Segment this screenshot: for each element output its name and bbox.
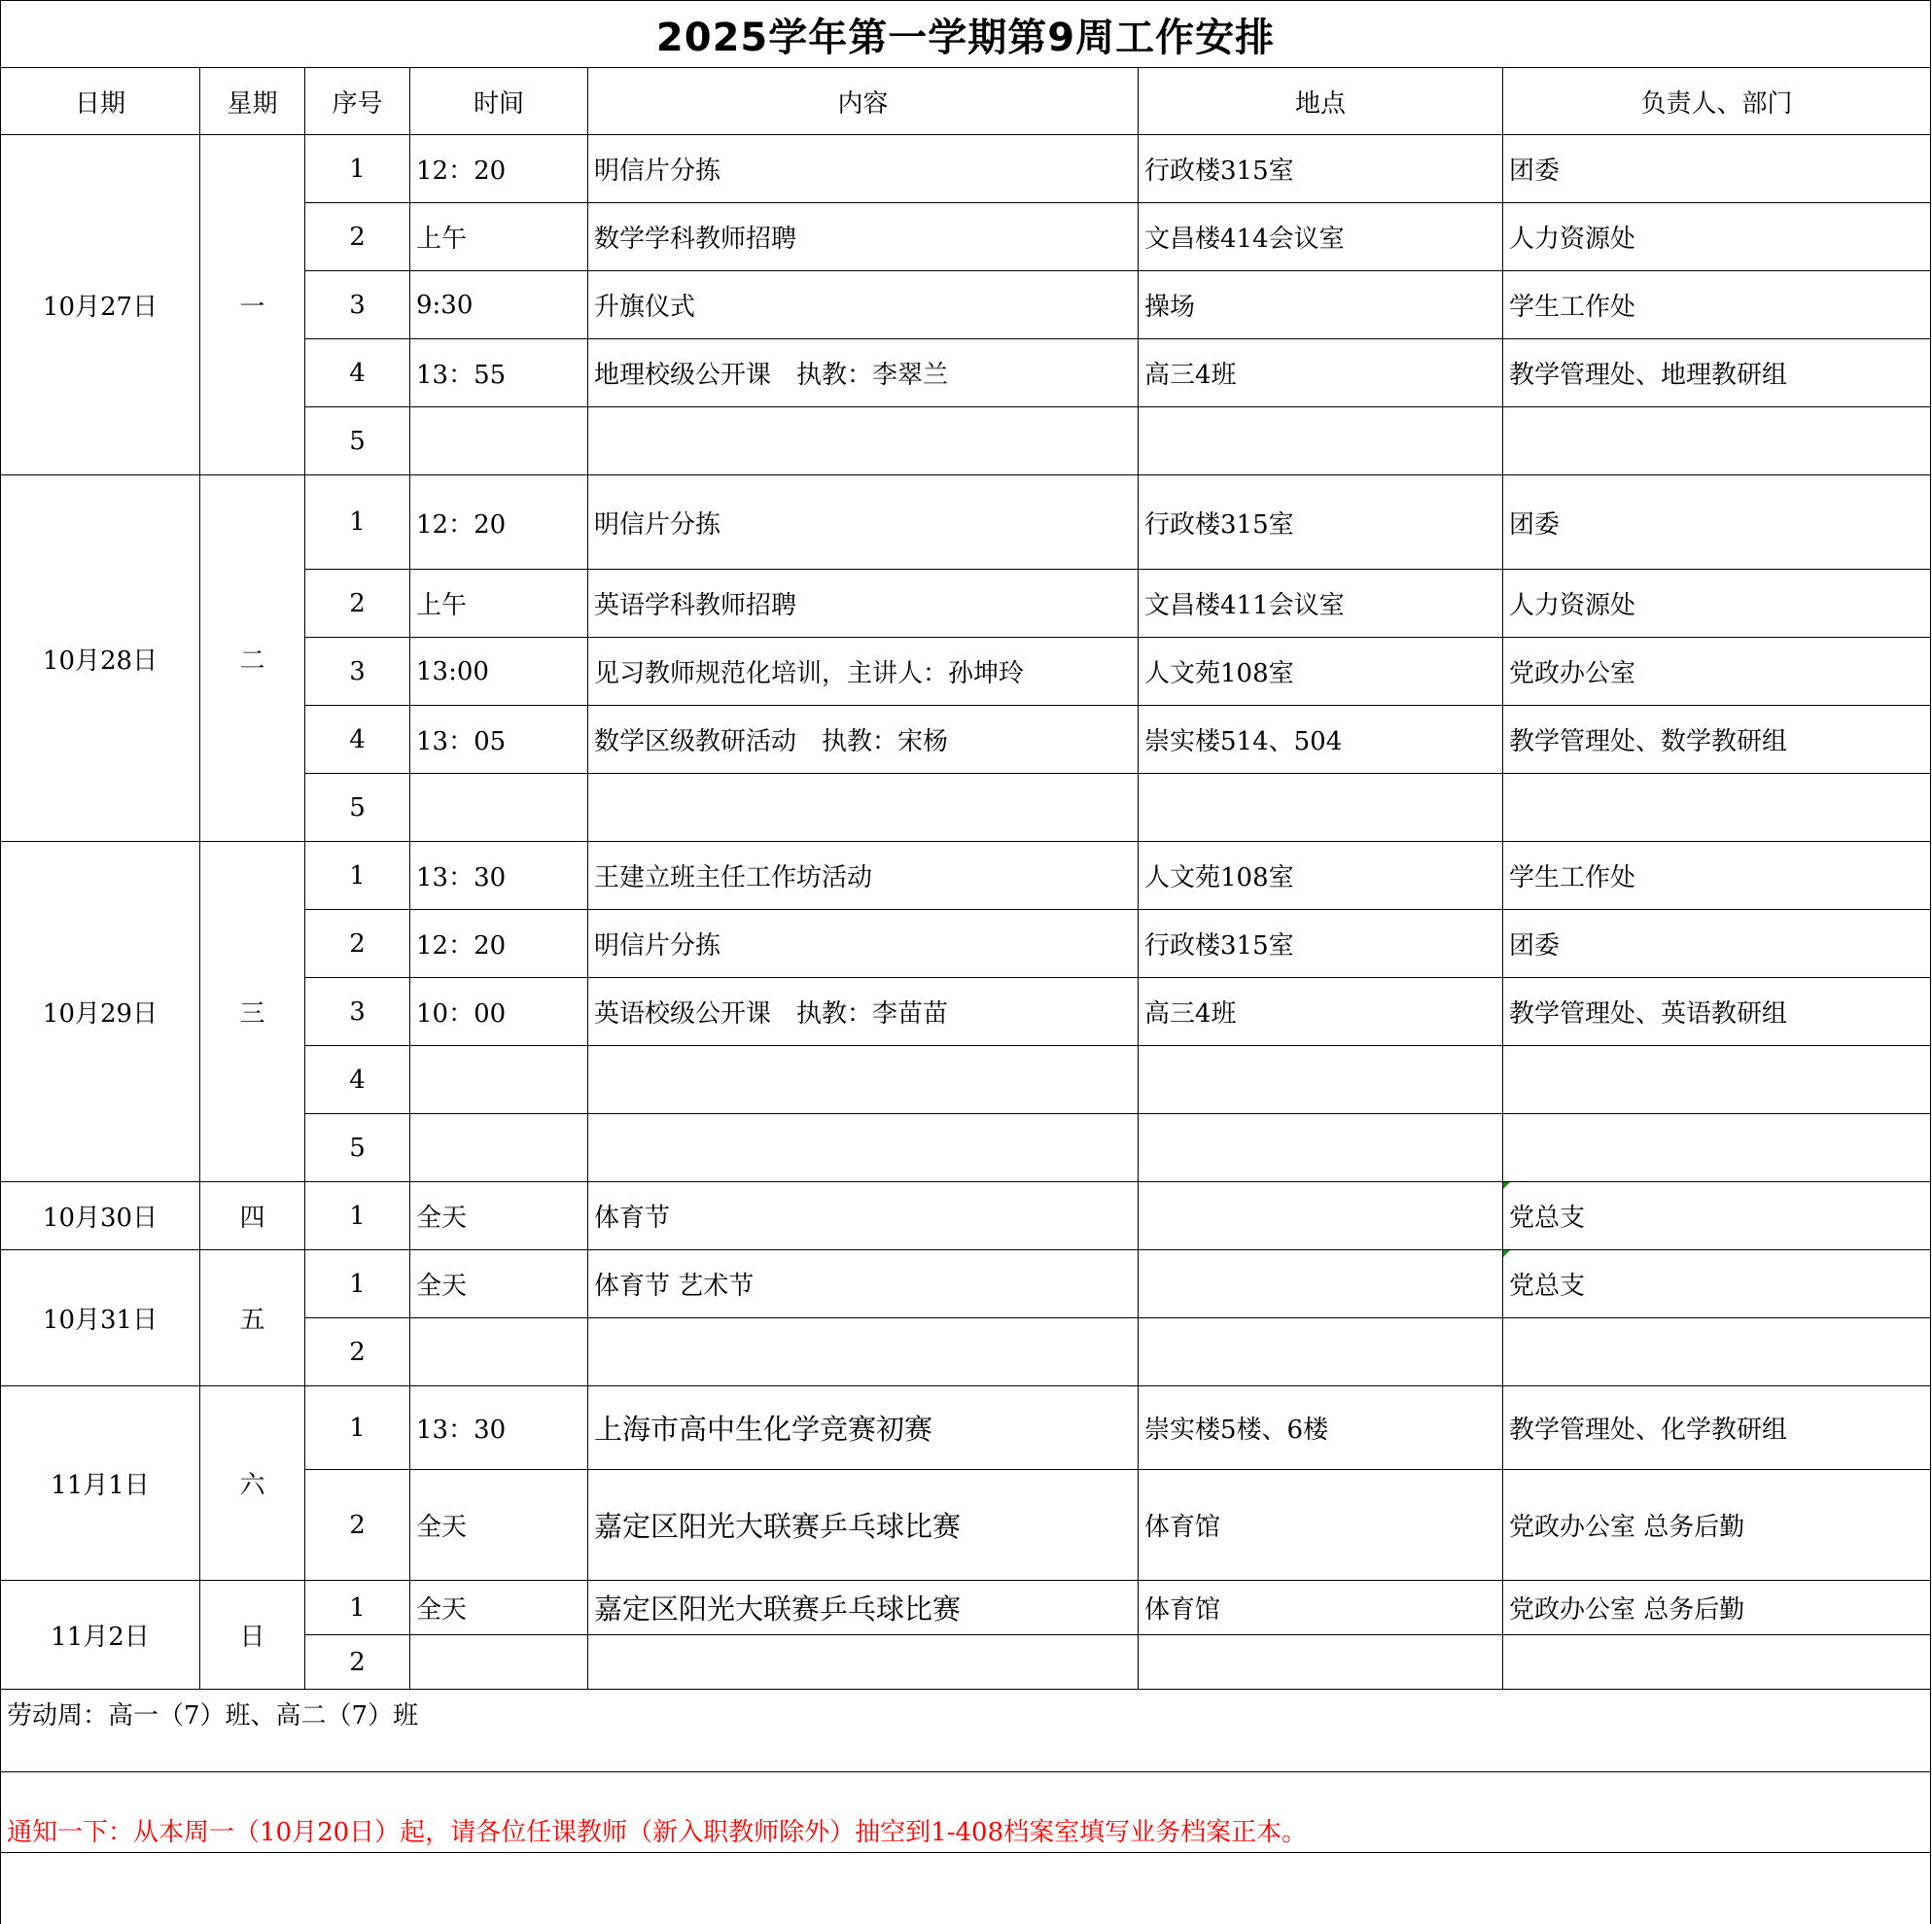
time-cell[interactable] <box>410 1318 588 1386</box>
seq-cell[interactable]: 3 <box>305 638 410 706</box>
location-cell[interactable] <box>1139 1318 1503 1386</box>
date-cell[interactable]: 11月1日 <box>1 1386 200 1581</box>
content-cell[interactable]: 升旗仪式 <box>588 271 1139 339</box>
location-cell[interactable] <box>1139 1046 1503 1114</box>
location-cell[interactable]: 文昌楼411会议室 <box>1139 570 1503 638</box>
location-cell[interactable]: 崇实楼5楼、6楼 <box>1139 1386 1503 1470</box>
owner-cell[interactable]: 党总支 <box>1503 1182 1931 1250</box>
header-date[interactable]: 日期 <box>1 68 200 135</box>
notice-text[interactable]: 通知一下：从本周一（10月20日）起，请各位任课教师（新入职教师除外）抽空到1-… <box>1 1772 1931 1853</box>
owner-cell[interactable]: 党政办公室 总务后勤 <box>1503 1581 1931 1635</box>
seq-cell[interactable]: 1 <box>305 475 410 570</box>
header-time[interactable]: 时间 <box>410 68 588 135</box>
location-cell[interactable] <box>1139 1635 1503 1690</box>
note-row: 劳动周：高一（7）班、高二（7）班 <box>1 1690 1931 1772</box>
seq-cell[interactable]: 5 <box>305 407 410 475</box>
seq-cell[interactable]: 4 <box>305 706 410 774</box>
owner-text: 党总支 <box>1509 1272 1585 1301</box>
spreadsheet: 2025学年第一学期第9周工作安排 日期 星期 序号 时间 内容 地点 负责人、… <box>0 0 1930 1924</box>
seq-cell[interactable]: 2 <box>305 203 410 271</box>
location-cell[interactable]: 行政楼315室 <box>1139 910 1503 978</box>
owner-cell[interactable] <box>1503 774 1931 842</box>
seq-cell[interactable]: 4 <box>305 1046 410 1114</box>
time-cell[interactable]: 上午 <box>410 570 588 638</box>
seq-cell[interactable]: 1 <box>305 1386 410 1470</box>
time-cell[interactable]: 全天 <box>410 1470 588 1581</box>
table-row: 11月2日 日 1 全天 嘉定区阳光大联赛乒乓球比赛 体育馆 党政办公室 总务后… <box>1 1581 1931 1635</box>
seq-cell[interactable]: 1 <box>305 1250 410 1318</box>
owner-cell[interactable] <box>1503 1318 1931 1386</box>
content-cell[interactable] <box>588 1635 1139 1690</box>
schedule-table: 2025学年第一学期第9周工作安排 日期 星期 序号 时间 内容 地点 负责人、… <box>0 0 1931 1924</box>
table-row: 11月1日 六 1 13：30 上海市高中生化学竞赛初赛 崇实楼5楼、6楼 教学… <box>1 1386 1931 1470</box>
header-location[interactable]: 地点 <box>1139 68 1503 135</box>
note-row: 通知一下：从本周一（10月20日）起，请各位任课教师（新入职教师除外）抽空到1-… <box>1 1772 1931 1853</box>
date-cell[interactable]: 10月28日 <box>1 475 200 842</box>
table-row: 10月28日 二 1 12：20 明信片分拣 行政楼315室 团委 <box>1 475 1931 570</box>
owner-cell[interactable]: 团委 <box>1503 135 1931 203</box>
location-cell[interactable]: 体育馆 <box>1139 1581 1503 1635</box>
owner-cell[interactable]: 学生工作处 <box>1503 271 1931 339</box>
note-row <box>1 1853 1931 1924</box>
content-cell[interactable] <box>588 407 1139 475</box>
weekday-cell[interactable]: 一 <box>200 135 305 475</box>
content-cell[interactable] <box>588 1046 1139 1114</box>
seq-cell[interactable]: 2 <box>305 1635 410 1690</box>
seq-cell[interactable]: 5 <box>305 1114 410 1182</box>
content-cell[interactable]: 英语校级公开课 执教：李苗苗 <box>588 978 1139 1046</box>
location-cell[interactable]: 体育馆 <box>1139 1470 1503 1581</box>
content-cell[interactable]: 数学学科教师招聘 <box>588 203 1139 271</box>
time-cell[interactable]: 上午 <box>410 203 588 271</box>
content-cell[interactable]: 英语学科教师招聘 <box>588 570 1139 638</box>
owner-cell[interactable] <box>1503 1114 1931 1182</box>
content-cell[interactable]: 明信片分拣 <box>588 135 1139 203</box>
content-cell[interactable]: 体育节 <box>588 1182 1139 1250</box>
weekday-cell[interactable]: 六 <box>200 1386 305 1581</box>
seq-cell[interactable]: 2 <box>305 1318 410 1386</box>
header-content[interactable]: 内容 <box>588 68 1139 135</box>
date-cell[interactable]: 10月27日 <box>1 135 200 475</box>
header-weekday[interactable]: 星期 <box>200 68 305 135</box>
comment-indicator-icon[interactable] <box>1503 1250 1510 1257</box>
time-cell[interactable] <box>410 1635 588 1690</box>
time-cell[interactable]: 13：30 <box>410 1386 588 1470</box>
location-cell[interactable] <box>1139 1250 1503 1318</box>
title-row: 2025学年第一学期第9周工作安排 <box>1 1 1931 68</box>
content-cell[interactable]: 明信片分拣 <box>588 475 1139 570</box>
seq-cell[interactable]: 2 <box>305 1470 410 1581</box>
table-row: 10月30日 四 1 全天 体育节 党总支 <box>1 1182 1931 1250</box>
owner-cell[interactable] <box>1503 1046 1931 1114</box>
seq-cell[interactable]: 1 <box>305 1581 410 1635</box>
time-cell[interactable] <box>410 1046 588 1114</box>
seq-cell[interactable]: 1 <box>305 135 410 203</box>
owner-cell[interactable]: 教学管理处、化学教研组 <box>1503 1386 1931 1470</box>
content-cell[interactable]: 体育节 艺术节 <box>588 1250 1139 1318</box>
date-cell[interactable]: 10月30日 <box>1 1182 200 1250</box>
location-cell[interactable]: 高三4班 <box>1139 978 1503 1046</box>
location-cell[interactable] <box>1139 1114 1503 1182</box>
table-row: 10月27日 一 1 12：20 明信片分拣 行政楼315室 团委 <box>1 135 1931 203</box>
header-seq[interactable]: 序号 <box>305 68 410 135</box>
location-cell[interactable]: 文昌楼414会议室 <box>1139 203 1503 271</box>
content-cell[interactable] <box>588 1318 1139 1386</box>
owner-cell[interactable]: 党政办公室 <box>1503 638 1931 706</box>
comment-indicator-icon[interactable] <box>1503 1182 1510 1189</box>
location-cell[interactable] <box>1139 1182 1503 1250</box>
time-cell[interactable]: 全天 <box>410 1581 588 1635</box>
header-owner[interactable]: 负责人、部门 <box>1503 68 1931 135</box>
time-cell[interactable]: 12：20 <box>410 475 588 570</box>
empty-note-cell[interactable] <box>1 1853 1931 1924</box>
table-row: 10月29日 三 1 13：30 王建立班主任工作坊活动 人文苑108室 学生工… <box>1 842 1931 910</box>
location-cell[interactable] <box>1139 407 1503 475</box>
seq-cell[interactable]: 5 <box>305 774 410 842</box>
seq-cell[interactable]: 3 <box>305 271 410 339</box>
page-title[interactable]: 2025学年第一学期第9周工作安排 <box>1 1 1931 68</box>
content-cell[interactable]: 数学区级教研活动 执教：宋杨 <box>588 706 1139 774</box>
location-cell[interactable]: 人文苑108室 <box>1139 842 1503 910</box>
labor-week-note[interactable]: 劳动周：高一（7）班、高二（7）班 <box>1 1690 1931 1772</box>
weekday-cell[interactable]: 二 <box>200 475 305 842</box>
owner-cell[interactable]: 团委 <box>1503 910 1931 978</box>
time-cell[interactable]: 12：20 <box>410 135 588 203</box>
owner-cell[interactable] <box>1503 407 1931 475</box>
seq-cell[interactable]: 3 <box>305 978 410 1046</box>
owner-cell[interactable]: 教学管理处、英语教研组 <box>1503 978 1931 1046</box>
time-cell[interactable]: 12：20 <box>410 910 588 978</box>
time-cell[interactable] <box>410 1114 588 1182</box>
content-cell[interactable]: 嘉定区阳光大联赛乒乓球比赛 <box>588 1581 1139 1635</box>
owner-cell[interactable]: 学生工作处 <box>1503 842 1931 910</box>
seq-cell[interactable]: 2 <box>305 910 410 978</box>
weekday-cell[interactable]: 三 <box>200 842 305 1182</box>
owner-text: 党总支 <box>1509 1204 1585 1233</box>
time-cell[interactable]: 10：00 <box>410 978 588 1046</box>
content-cell[interactable]: 地理校级公开课 执教：李翠兰 <box>588 339 1139 407</box>
date-cell[interactable]: 10月31日 <box>1 1250 200 1386</box>
seq-cell[interactable]: 2 <box>305 570 410 638</box>
content-cell[interactable]: 嘉定区阳光大联赛乒乓球比赛 <box>588 1470 1139 1581</box>
weekday-cell[interactable]: 日 <box>200 1581 305 1690</box>
owner-cell[interactable]: 团委 <box>1503 475 1931 570</box>
time-cell[interactable]: 13：30 <box>410 842 588 910</box>
header-row: 日期 星期 序号 时间 内容 地点 负责人、部门 <box>1 68 1931 135</box>
content-cell[interactable]: 见习教师规范化培训，主讲人：孙坤玲 <box>588 638 1139 706</box>
location-cell[interactable]: 行政楼315室 <box>1139 475 1503 570</box>
owner-cell[interactable]: 党政办公室 总务后勤 <box>1503 1470 1931 1581</box>
location-cell[interactable]: 崇实楼514、504 <box>1139 706 1503 774</box>
time-cell[interactable]: 13：55 <box>410 339 588 407</box>
owner-cell[interactable]: 人力资源处 <box>1503 203 1931 271</box>
content-cell[interactable]: 明信片分拣 <box>588 910 1139 978</box>
time-cell[interactable]: 9:30 <box>410 271 588 339</box>
owner-cell[interactable]: 教学管理处、地理教研组 <box>1503 339 1931 407</box>
date-cell[interactable]: 11月2日 <box>1 1581 200 1690</box>
owner-cell[interactable]: 党总支 <box>1503 1250 1931 1318</box>
date-cell[interactable]: 10月29日 <box>1 842 200 1182</box>
weekday-cell[interactable]: 五 <box>200 1250 305 1386</box>
content-cell[interactable] <box>588 774 1139 842</box>
time-cell[interactable]: 全天 <box>410 1182 588 1250</box>
location-cell[interactable]: 高三4班 <box>1139 339 1503 407</box>
time-cell[interactable]: 13：05 <box>410 706 588 774</box>
owner-cell[interactable] <box>1503 1635 1931 1690</box>
time-cell[interactable]: 全天 <box>410 1250 588 1318</box>
content-cell[interactable]: 上海市高中生化学竞赛初赛 <box>588 1386 1139 1470</box>
content-cell[interactable] <box>588 1114 1139 1182</box>
location-cell[interactable]: 人文苑108室 <box>1139 638 1503 706</box>
owner-cell[interactable]: 教学管理处、数学教研组 <box>1503 706 1931 774</box>
seq-cell[interactable]: 1 <box>305 1182 410 1250</box>
seq-cell[interactable]: 4 <box>305 339 410 407</box>
owner-cell[interactable]: 人力资源处 <box>1503 570 1931 638</box>
time-cell[interactable]: 13:00 <box>410 638 588 706</box>
table-row: 10月31日 五 1 全天 体育节 艺术节 党总支 <box>1 1250 1931 1318</box>
location-cell[interactable]: 行政楼315室 <box>1139 135 1503 203</box>
content-cell[interactable]: 王建立班主任工作坊活动 <box>588 842 1139 910</box>
time-cell[interactable] <box>410 774 588 842</box>
location-cell[interactable] <box>1139 774 1503 842</box>
time-cell[interactable] <box>410 407 588 475</box>
location-cell[interactable]: 操场 <box>1139 271 1503 339</box>
weekday-cell[interactable]: 四 <box>200 1182 305 1250</box>
seq-cell[interactable]: 1 <box>305 842 410 910</box>
